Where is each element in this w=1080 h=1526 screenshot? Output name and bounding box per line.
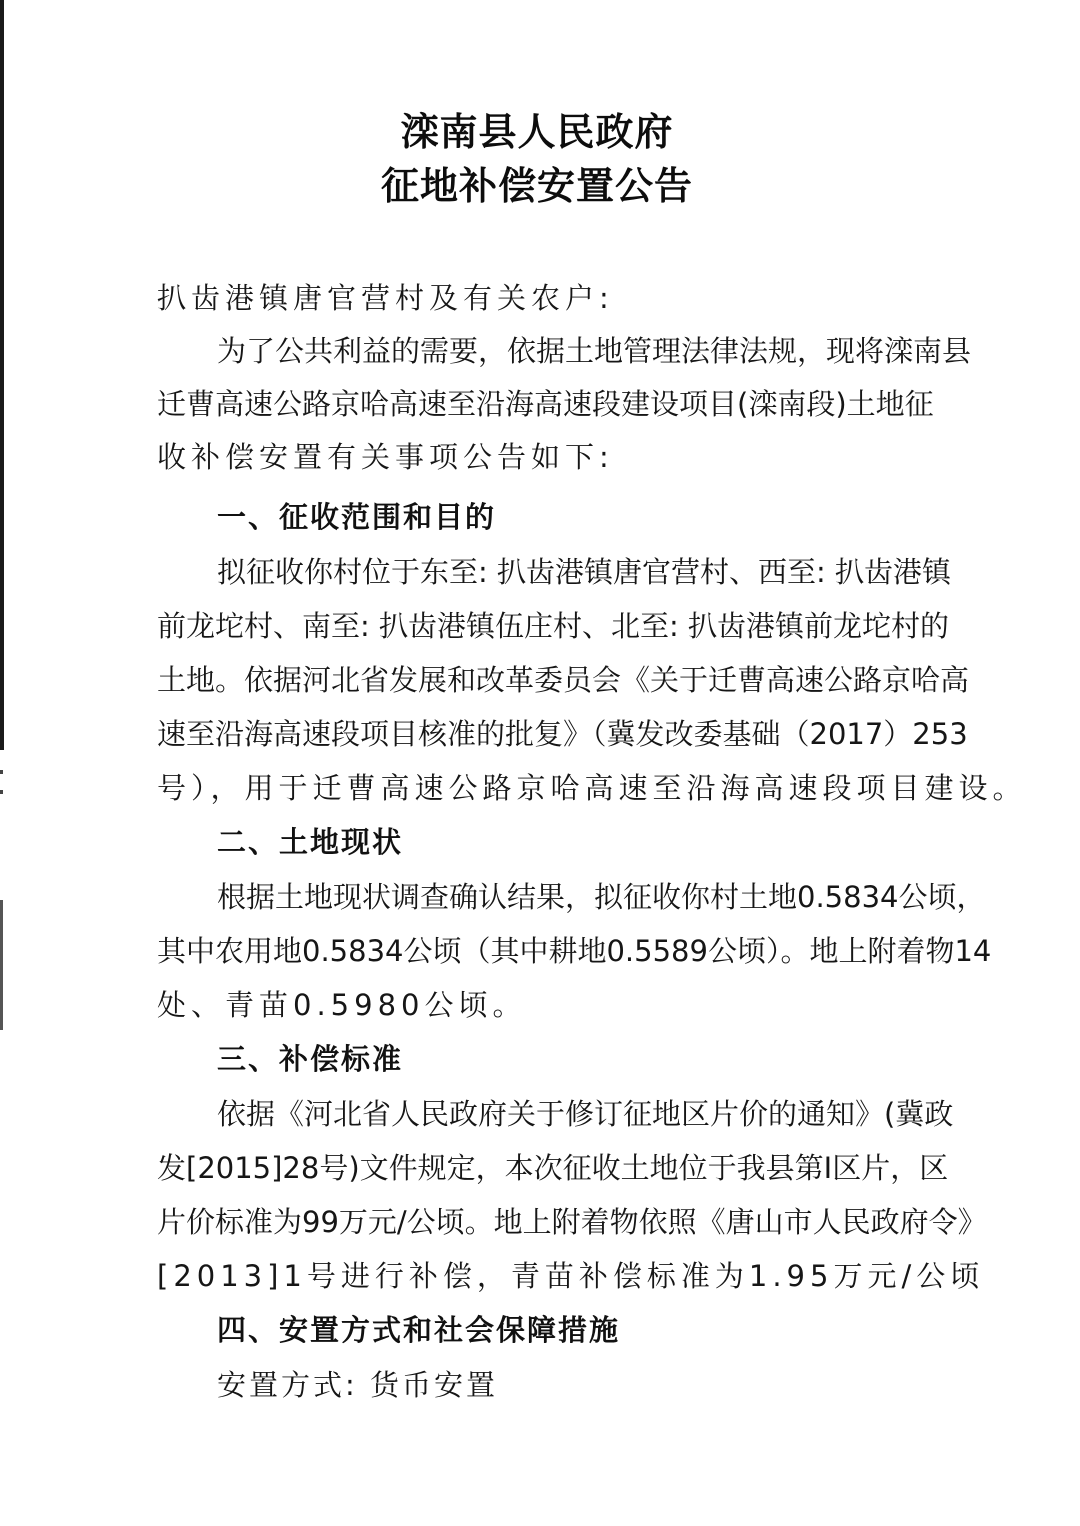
- section-line: 安置方式: 货币安置: [217, 1365, 977, 1405]
- scan-edge-artifact: [0, 900, 3, 1030]
- section-heading-land-status: 二、土地现状: [217, 822, 403, 862]
- document-title-issuer: 滦南县人民政府: [157, 108, 917, 156]
- section-line: 发[2015]28号)文件规定，本次征收土地位于我县第I区片，区: [157, 1148, 917, 1188]
- section-line: 根据土地现状调查确认结果，拟征收你村土地0.5834公顷，: [157, 877, 917, 917]
- section-line: [2013]1号进行补偿，青苗补偿标准为1.95万元/公顷: [157, 1256, 917, 1296]
- section-line: 处、青苗0.5980公顷。: [157, 985, 917, 1025]
- section-line: 其中农用地0.5834公顷（其中耕地0.5589公顷）。地上附着物14: [157, 931, 917, 971]
- intro-line: 收补偿安置有关事项公告如下:: [157, 437, 917, 477]
- intro-line: 迁曹高速公路京哈高速至沿海高速段建设项目(滦南段)土地征: [157, 384, 917, 424]
- section-heading-scope: 一、征收范围和目的: [217, 497, 496, 537]
- scan-edge-artifact: [0, 0, 4, 750]
- section-line: 号），用于迁曹高速公路京哈高速至沿海高速段项目建设。: [157, 768, 917, 808]
- section-line: 前龙坨村、南至: 扒齿港镇伍庄村、北至: 扒齿港镇前龙坨村的: [157, 606, 917, 646]
- intro-line: 为了公共利益的需要，依据土地管理法律法规，现将滦南县: [157, 331, 917, 371]
- section-line: 拟征收你村位于东至: 扒齿港镇唐官营村、西至: 扒齿港镇: [157, 552, 917, 592]
- document-title-subject: 征地补偿安置公告: [157, 162, 917, 210]
- salutation: 扒齿港镇唐官营村及有关农户:: [157, 278, 917, 318]
- section-line: 速至沿海高速段项目核准的批复》（冀发改委基础（2017）253: [157, 714, 917, 754]
- section-line: 依据《河北省人民政府关于修订征地区片价的通知》(冀政: [157, 1094, 917, 1134]
- scan-dot-artifact: [0, 790, 3, 794]
- section-line: 片价标准为99万元/公顷。地上附着物依照《唐山市人民政府令》: [157, 1202, 917, 1242]
- section-heading-compensation: 三、补偿标准: [217, 1039, 403, 1079]
- scan-dot-artifact: [0, 770, 3, 774]
- section-heading-resettlement: 四、安置方式和社会保障措施: [217, 1310, 620, 1350]
- section-line: 土地。依据河北省发展和改革委员会《关于迁曹高速公路京哈高: [157, 660, 917, 700]
